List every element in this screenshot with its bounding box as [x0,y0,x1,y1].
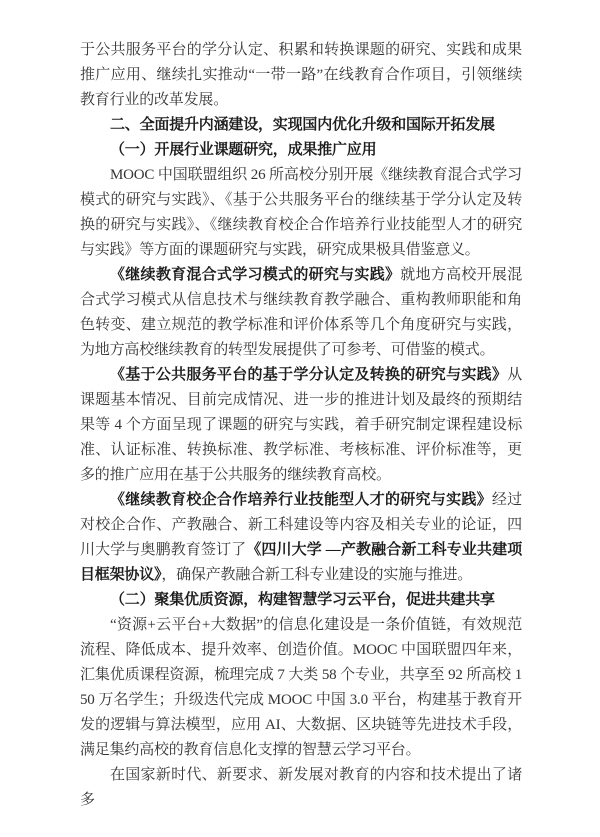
paragraph-intro: 于公共服务平台的学分认定、积累和转换课题的研究、实践和成果推广应用、继续扎实推动… [80,38,522,113]
section-heading: 二、全面提升内涵建设，实现国内优化升级和国际开拓发展 [80,113,522,138]
paragraph-credit-transfer-body: 从课题基本情况、目前完成情况、进一步的推进计划及最终的预期结果等 4 个方面呈现… [80,367,522,483]
paragraph-resources-cloud: “资源+云平台+大数据”的信息化建设是一条价值链，有效规范流程、降低成本、提升效… [80,613,522,763]
paragraph-blended-learning: 《继续教育混合式学习模式的研究与实践》就地方高校开展混合式学习模式从信息技术与继… [80,263,522,363]
sub-heading-industry-research: （一）开展行业课题研究，成果推广应用 [80,138,522,163]
paragraph-mooc-alliance: MOOC 中国联盟组织 26 所高校分别开展《继续教育混合式学习模式的研究与实践… [80,163,522,263]
book-title-school-enterprise: 《继续教育校企合作培养行业技能型人才的研究与实践》 [110,492,492,508]
sub-heading-cloud-platform: （二）聚集优质资源，构建智慧学习云平台，促进共建共享 [80,588,522,613]
book-title-credit-transfer: 《基于公共服务平台的基于学分认定及转换的研究与实践》 [110,367,507,383]
paragraph-school-enterprise: 《继续教育校企合作培养行业技能型人才的研究与实践》经过对校企合作、产教融合、新工… [80,488,522,588]
document-page: 于公共服务平台的学分认定、积累和转换课题的研究、实践和成果推广应用、继续扎实推动… [0,0,600,837]
paragraph-new-era: 在国家新时代、新要求、新发展对教育的内容和技术提出了诸多 [80,763,522,813]
book-title-blended-learning: 《继续教育混合式学习模式的研究与实践》 [110,267,400,283]
paragraph-school-enterprise-body-2: ，确保产教融合新工科专业建设的实施与推进。 [161,567,472,583]
paragraph-credit-transfer: 《基于公共服务平台的基于学分认定及转换的研究与实践》从课题基本情况、目前完成情况… [80,363,522,488]
